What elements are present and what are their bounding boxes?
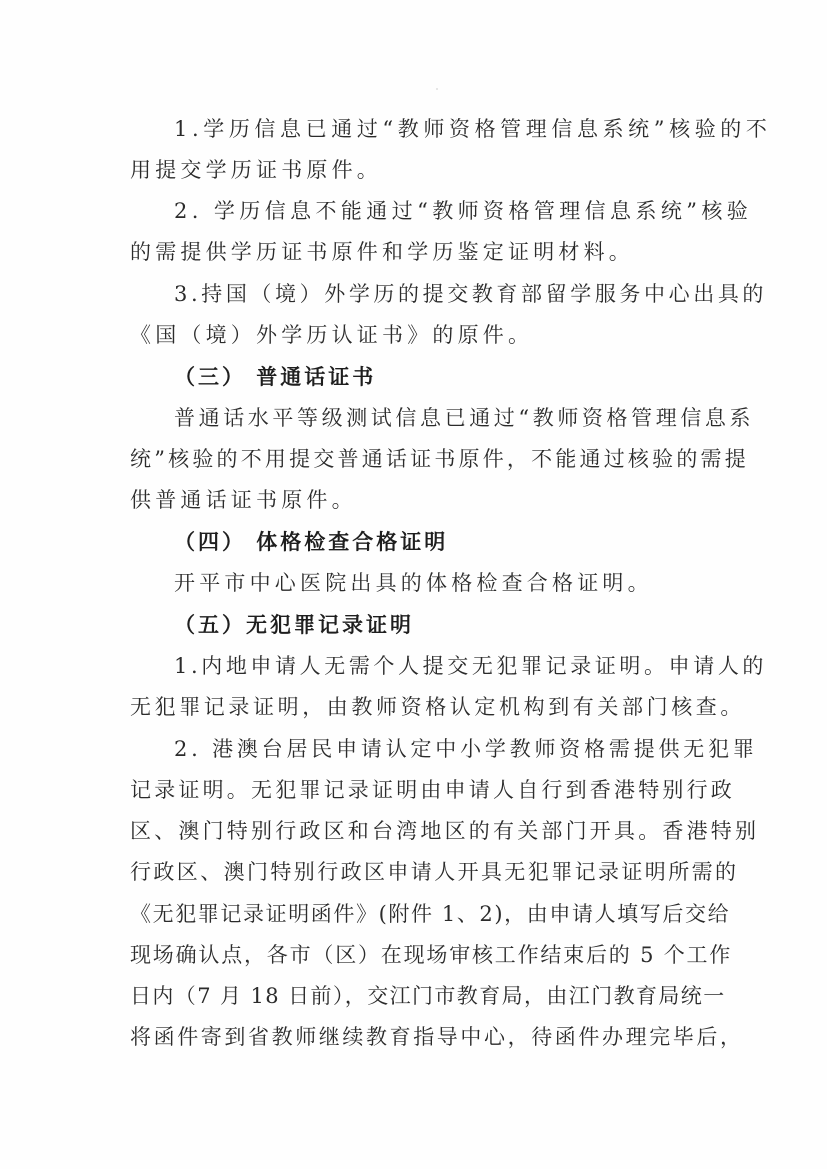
paragraph-line: 的需提供学历证书原件和学历鉴定证明材料。 (130, 237, 710, 267)
paragraph-line: 区、澳门特别行政区和台湾地区的有关部门开具。香港特别 (130, 816, 710, 846)
scan-speck (436, 88, 438, 90)
paragraph-line: 记录证明。无犯罪记录证明由申请人自行到香港特别行政 (130, 775, 710, 805)
section-heading-4: （四） 体格检查合格证明 (174, 527, 754, 557)
paragraph-line: 《无犯罪记录证明函件》(附件 1、2)，由申请人填写后交给 (130, 899, 710, 929)
paragraph-line: 现场确认点，各市（区）在现场审核工作结束后的 5 个工作 (130, 940, 710, 970)
paragraph-line: 无犯罪记录证明，由教师资格认定机构到有关部门核查。 (130, 692, 710, 722)
section-heading-3: （三） 普通话证书 (174, 362, 754, 392)
paragraph-line: 1.内地申请人无需个人提交无犯罪记录证明。申请人的 (174, 651, 754, 681)
paragraph-line: 普通话水平等级测试信息已通过“教师资格管理信息系 (174, 403, 754, 433)
paragraph-line: 开平市中心医院出具的体格检查合格证明。 (174, 568, 754, 598)
paragraph-line: 2. 学历信息不能通过“教师资格管理信息系统”核验 (174, 196, 754, 226)
paragraph-line: 行政区、澳门特别行政区申请人开具无犯罪记录证明所需的 (130, 857, 710, 887)
paragraph-line: 统”核验的不用提交普通话证书原件，不能通过核验的需提 (130, 444, 710, 474)
paragraph-line: 《国（境）外学历认证书》的原件。 (130, 320, 710, 350)
paragraph-line: 3.持国（境）外学历的提交教育部留学服务中心出具的 (174, 279, 754, 309)
document-page: 1.学历信息已通过“教师资格管理信息系统”核验的不 用提交学历证书原件。 2. … (0, 0, 827, 1169)
paragraph-line: 供普通话证书原件。 (130, 485, 710, 515)
paragraph-line: 用提交学历证书原件。 (130, 155, 710, 185)
paragraph-line: 将函件寄到省教师继续教育指导中心，待函件办理完毕后， (130, 1022, 710, 1052)
paragraph-line: 2. 港澳台居民申请认定中小学教师资格需提供无犯罪 (174, 734, 754, 764)
paragraph-line: 日内（7 月 18 日前），交江门市教育局，由江门教育局统一 (130, 981, 710, 1011)
section-heading-5: （五）无犯罪记录证明 (174, 610, 754, 640)
paragraph-line: 1.学历信息已通过“教师资格管理信息系统”核验的不 (174, 114, 754, 144)
